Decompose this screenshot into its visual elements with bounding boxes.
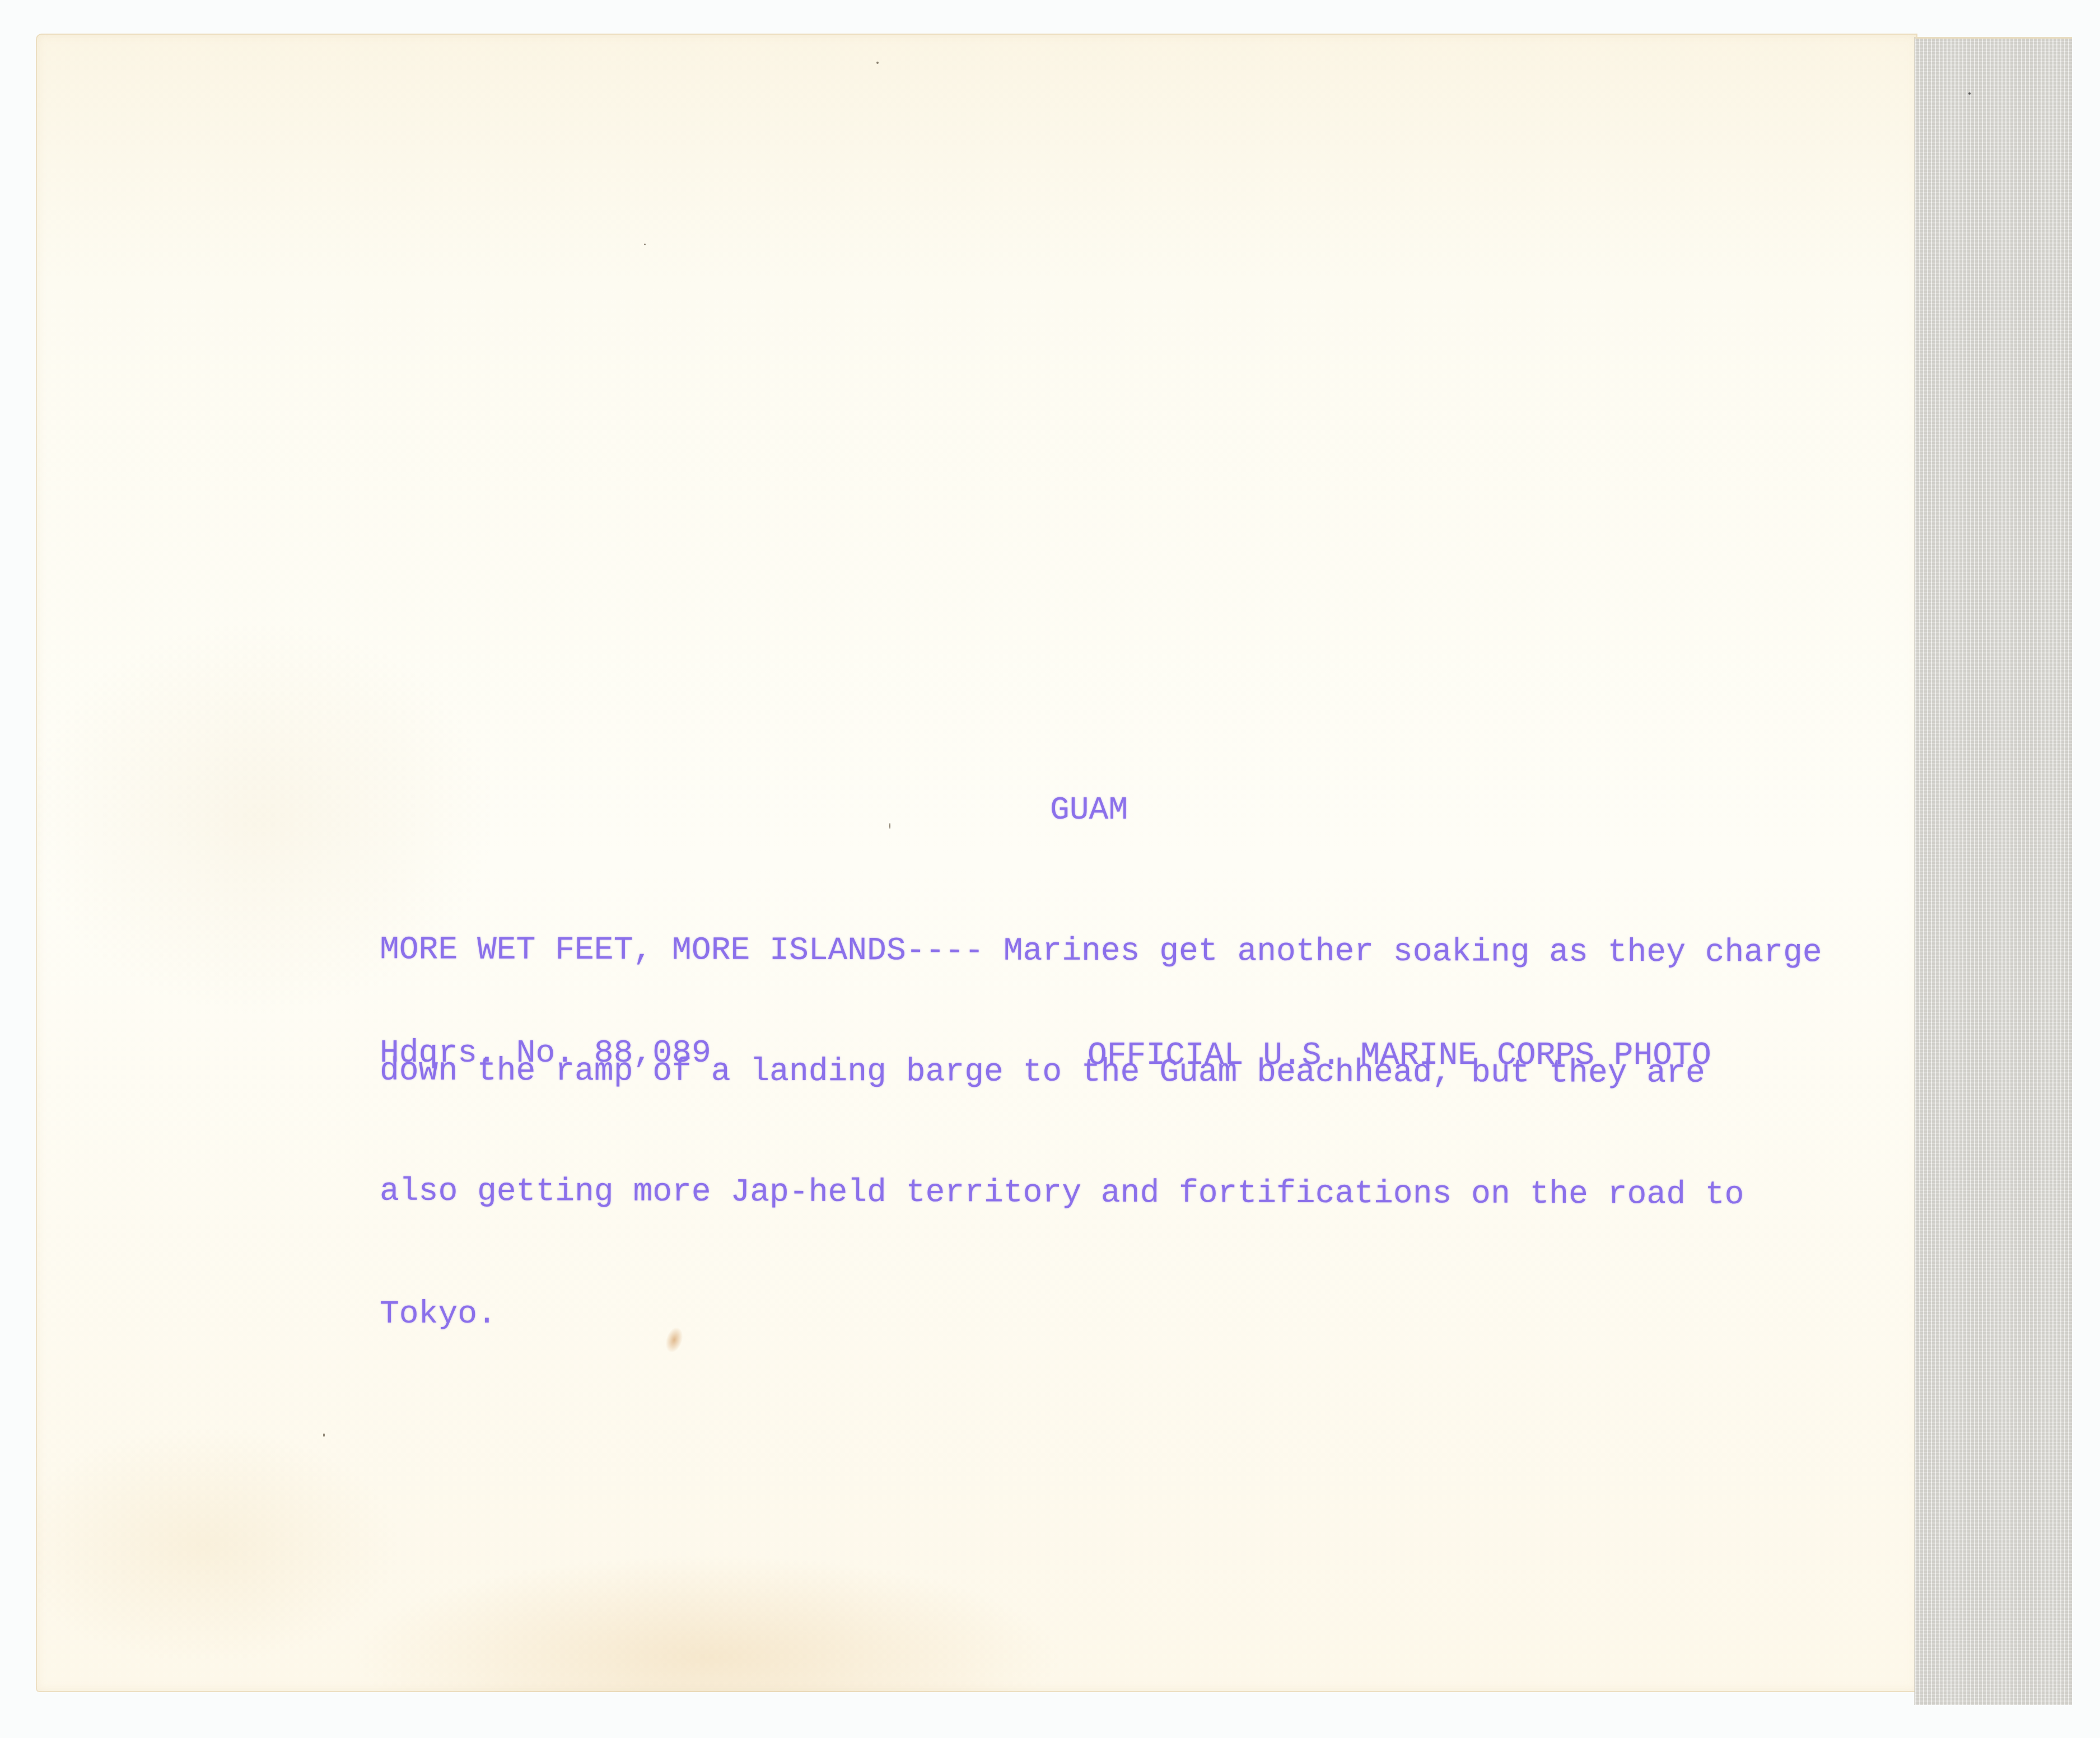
paper-speck (889, 823, 890, 829)
paper-speck (323, 1433, 325, 1437)
paper-speck (876, 62, 879, 64)
caption-body: MORE WET FEET, MORE ISLANDS---- Marines … (380, 851, 1822, 1415)
caption-heading: GUAM (1050, 791, 1128, 831)
binding-tape-strip (1915, 37, 2072, 1705)
caption-line: also getting more Jap-held territory and… (380, 1172, 1822, 1216)
reference-number: Hdqrs. No. 88,089 (380, 1034, 711, 1074)
tape-speck (1968, 92, 1971, 95)
caption-line: Tokyo. (380, 1295, 1822, 1335)
photo-credit: OFFICIAL U.S. MARINE CORPS PHOTO (1088, 1036, 1711, 1076)
caption-line: MORE WET FEET, MORE ISLANDS---- Marines … (380, 930, 1822, 973)
scanned-photo-back: GUAM MORE WET FEET, MORE ISLANDS---- Mar… (0, 0, 2100, 1738)
paper-speck (644, 244, 646, 245)
